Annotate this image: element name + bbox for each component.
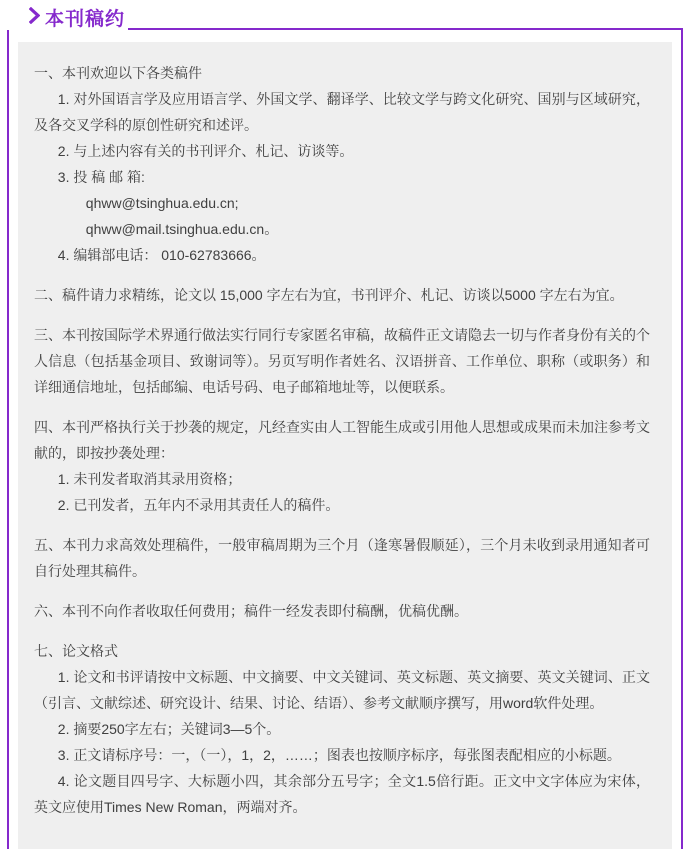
section-7-item-4: 4. 论文题目四号字、大标题小四，其余部分五号字；全文1.5倍行距。正文中文字体… <box>34 768 650 820</box>
section-1-item-2: 2. 与上述内容有关的书刊评介、札记、访谈等。 <box>34 138 650 164</box>
chevron-right-icon <box>29 7 40 24</box>
section-7-item-1: 1. 论文和书评请按中文标题、中文摘要、中文关键词、英文标题、英文摘要、英文关键… <box>34 664 650 716</box>
section-4-heading: 四、本刊严格执行关于抄袭的规定，凡经查实由人工智能生成或引用他人思想或成果而未加… <box>34 414 650 466</box>
guidelines-content: 一、本刊欢迎以下各类稿件 1. 对外国语言学及应用语言学、外国文学、翻译学、比较… <box>18 42 672 849</box>
page-header: 本刊稿约 <box>0 0 685 30</box>
section-1: 一、本刊欢迎以下各类稿件 1. 对外国语言学及应用语言学、外国文学、翻译学、比较… <box>34 60 650 268</box>
submission-guidelines-page: 本刊稿约 一、本刊欢迎以下各类稿件 1. 对外国语言学及应用语言学、外国文学、翻… <box>0 0 685 849</box>
section-1-item-4: 4. 编辑部电话： 010-62783666。 <box>34 242 650 268</box>
section-1-item-1: 1. 对外国语言学及应用语言学、外国文学、翻译学、比较文学与跨文化研究、国别与区… <box>34 86 650 138</box>
section-6: 六、本刊不向作者收取任何费用；稿件一经发表即付稿酬，优稿优酬。 <box>34 598 650 624</box>
section-3: 三、本刊按国际学术界通行做法实行同行专家匿名审稿，故稿件正文请隐去一切与作者身份… <box>34 322 650 400</box>
section-7-item-2: 2. 摘要250字左右；关键词3—5个。 <box>34 716 650 742</box>
section-4-item-1: 1. 未刊发者取消其录用资格； <box>34 466 650 492</box>
content-panel: 一、本刊欢迎以下各类稿件 1. 对外国语言学及应用语言学、外国文学、翻译学、比较… <box>7 30 683 849</box>
email-address-1: qhww@tsinghua.edu.cn; <box>34 190 650 216</box>
section-5-heading: 五、本刊力求高效处理稿件，一般审稿周期为三个月（逢寒暑假顺延），三个月未收到录用… <box>34 532 650 584</box>
email-address-2: qhww@mail.tsinghua.edu.cn。 <box>34 216 650 242</box>
section-3-heading: 三、本刊按国际学术界通行做法实行同行专家匿名审稿，故稿件正文请隐去一切与作者身份… <box>34 322 650 400</box>
section-4: 四、本刊严格执行关于抄袭的规定，凡经查实由人工智能生成或引用他人思想或成果而未加… <box>34 414 650 518</box>
section-1-item-3: 3. 投 稿 邮 箱: <box>34 164 650 190</box>
section-1-heading: 一、本刊欢迎以下各类稿件 <box>34 60 650 86</box>
section-2: 二、稿件请力求精练，论文以 15,000 字左右为宜，书刊评介、札记、访谈以50… <box>34 282 650 308</box>
section-4-item-2: 2. 已刊发者，五年内不录用其责任人的稿件。 <box>34 492 650 518</box>
page-title: 本刊稿约 <box>45 4 125 31</box>
section-7: 七、论文格式 1. 论文和书评请按中文标题、中文摘要、中文关键词、英文标题、英文… <box>34 638 650 820</box>
section-6-heading: 六、本刊不向作者收取任何费用；稿件一经发表即付稿酬，优稿优酬。 <box>34 598 650 624</box>
section-5: 五、本刊力求高效处理稿件，一般审稿周期为三个月（逢寒暑假顺延），三个月未收到录用… <box>34 532 650 584</box>
section-7-heading: 七、论文格式 <box>34 638 650 664</box>
section-2-heading: 二、稿件请力求精练，论文以 15,000 字左右为宜，书刊评介、札记、访谈以50… <box>34 282 650 308</box>
section-7-item-3: 3. 正文请标序号：一，（一），1，2，……；图表也按顺序标序，每张图表配相应的… <box>34 742 650 768</box>
